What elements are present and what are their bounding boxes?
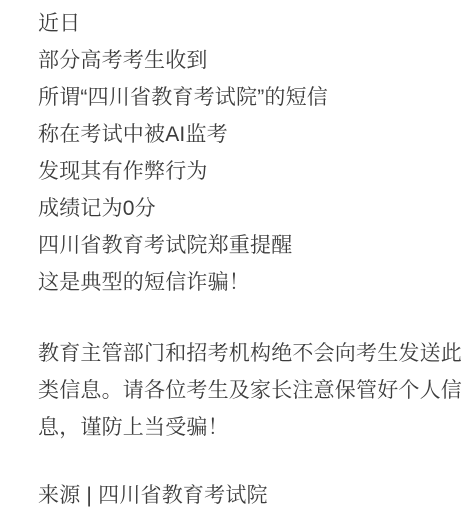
source-line: 来源 | 四川省教育考试院 <box>38 477 466 514</box>
intro-line-4: 称在考试中被AI监考 <box>38 116 466 153</box>
intro-line-1: 近日 <box>38 5 466 42</box>
intro-line-8: 这是典型的短信诈骗！ <box>38 264 466 301</box>
page: { "page": { "background": "#ffffff", "te… <box>0 0 476 519</box>
intro-line-7: 四川省教育考试院郑重提醒 <box>38 227 466 264</box>
warning-paragraph: 教育主管部门和招考机构绝不会向考生发送此类信息。请各位考生及家长注意保管好个人信… <box>38 335 466 446</box>
intro-line-2: 部分高考考生收到 <box>38 42 466 79</box>
intro-line-6: 成绩记为0分 <box>38 190 466 227</box>
intro-line-5: 发现其有作弊行为 <box>38 153 466 190</box>
intro-line-3: 所谓“四川省教育考试院”的短信 <box>38 79 466 116</box>
article-body: 近日 部分高考考生收到 所谓“四川省教育考试院”的短信 称在考试中被AI监考 发… <box>38 5 466 514</box>
